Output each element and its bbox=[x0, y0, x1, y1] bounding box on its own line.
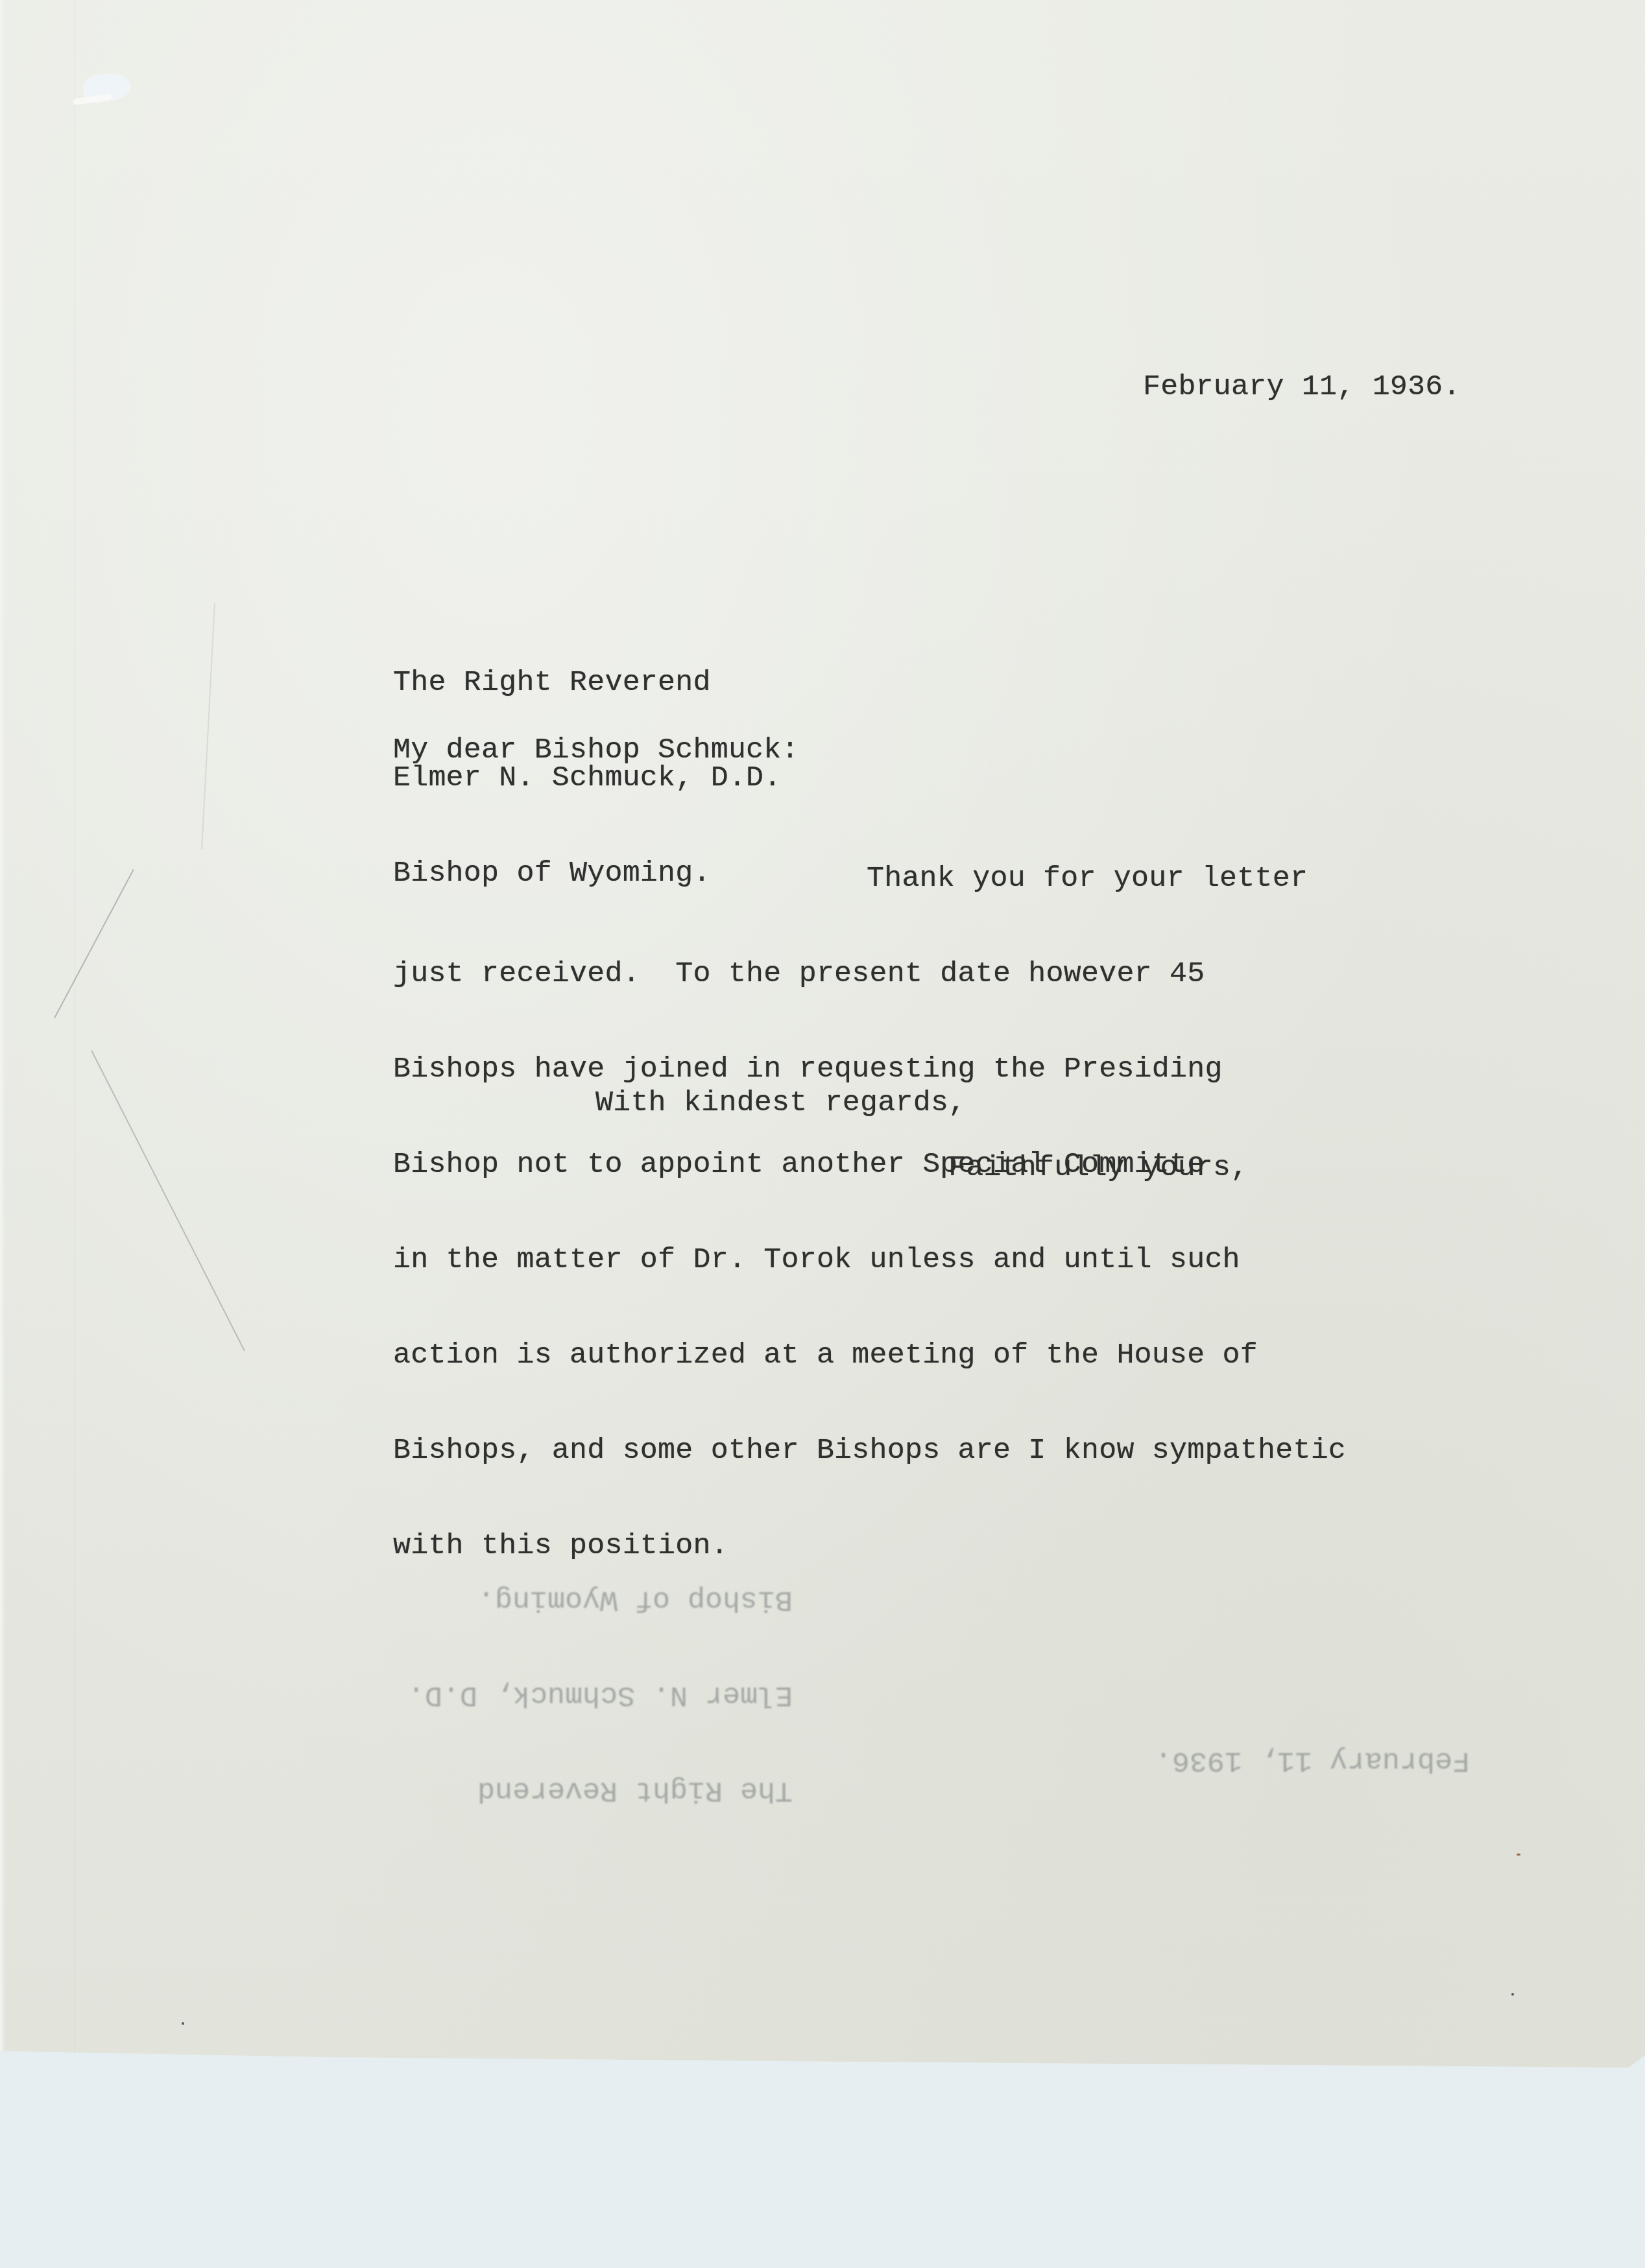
body-line: action is authorized at a meeting of the… bbox=[393, 1339, 1346, 1371]
bleed-through-date: February 11, 1936. bbox=[1155, 1745, 1470, 1776]
bleed-through-line: The Right Reverend bbox=[407, 1774, 793, 1806]
paper-left-edge bbox=[0, 0, 5, 2068]
pencil-crease-mark bbox=[54, 869, 134, 1019]
closing-line: With kindest regards, bbox=[595, 1087, 966, 1119]
letter-page: February 11, 1936. The Right Reverend El… bbox=[0, 0, 1645, 2068]
signoff-line: Faithfully yours, bbox=[948, 1152, 1248, 1184]
body-line: Bishops have joined in requesting the Pr… bbox=[393, 1053, 1346, 1085]
paper-speck bbox=[1517, 1854, 1520, 1856]
letter-date: February 11, 1936. bbox=[1143, 371, 1461, 403]
body-line: in the matter of Dr. Torok unless and un… bbox=[393, 1244, 1346, 1276]
body-line: Thank you for your letter bbox=[393, 863, 1346, 894]
address-line: The Right Reverend bbox=[393, 667, 782, 698]
paper-speck bbox=[182, 2022, 184, 2025]
pencil-crease-mark bbox=[91, 1050, 245, 1351]
paper-tear-mark bbox=[83, 71, 132, 103]
letter-body: Thank you for your letter just received.… bbox=[393, 799, 1346, 1625]
pencil-crease-mark bbox=[201, 603, 215, 850]
body-line: Bishops, and some other Bishops are I kn… bbox=[393, 1435, 1346, 1466]
bleed-through-address: The Right Reverend Elmer N. Schmuck, D.D… bbox=[407, 1520, 793, 1870]
bleed-through-line: Elmer N. Schmuck, D.D. bbox=[407, 1679, 793, 1711]
paper-fold-line bbox=[75, 0, 75, 2068]
paper-speck bbox=[1511, 1993, 1514, 1996]
address-line: Elmer N. Schmuck, D.D. bbox=[393, 762, 782, 794]
bleed-through-line: Bishop of Wyoming. bbox=[407, 1584, 793, 1616]
body-line: just received. To the present date howev… bbox=[393, 958, 1346, 990]
salutation: My dear Bishop Schmuck: bbox=[393, 734, 799, 766]
